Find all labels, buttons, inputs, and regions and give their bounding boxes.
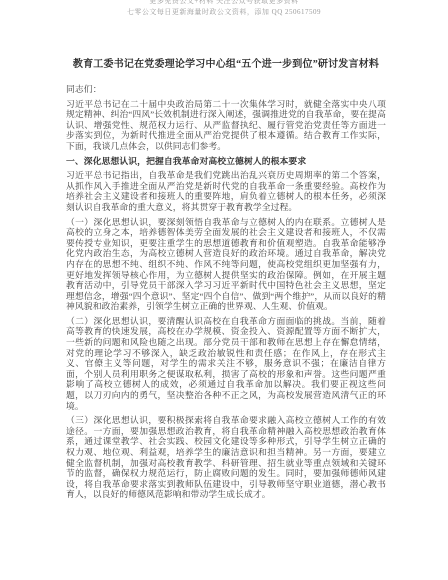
document-page: 更多免费公文+材料 关注公众号获取更多资料 七零公文每日更新海量时政公文资料，添… <box>0 0 448 580</box>
paragraph-3: （二）深化思想认识，要清醒认识高校在自我革命方面面临的挑战。当前，随着高等教育的… <box>66 316 386 411</box>
paragraph-2: （一）深化思想认识，要深刻领悟自我革命与立德树人的内在联系。立德树人是高校的立身… <box>66 217 386 312</box>
paragraph-intro: 习近平总书记在二十届中央政治局第二十一次集体学习时，就健全落实中央八项规定精神、… <box>66 99 386 152</box>
document-body: 教育工委书记在党委理论学习中心组“五个进一步到位”研讨发言材料 同志们： 习近平… <box>66 58 386 500</box>
salutation: 同志们： <box>66 84 386 95</box>
paragraph-4: （三）深化思想认识，要积极探索将自我革命要求融入高校立德树人工作的有效途径。一方… <box>66 415 386 500</box>
document-title: 教育工委书记在党委理论学习中心组“五个进一步到位”研讨发言材料 <box>66 58 386 71</box>
section-heading-1: 一、深化思想认识，把握自我革命对高校立德树人的根本要求 <box>66 156 386 167</box>
paragraph-1: 习近平总书记指出，自我革命是我们党跳出治乱兴衰历史周期率的第二个答案，从抓作风入… <box>66 170 386 212</box>
watermark-header: 更多免费公文+材料 关注公众号获取更多资料 七零公文每日更新海量时政公文资料，添… <box>0 0 448 17</box>
watermark-line-1: 更多免费公文+材料 关注公众号获取更多资料 <box>0 0 448 6</box>
watermark-line-2: 七零公文每日更新海量时政公文资料，添加 QQ 250617509 <box>0 8 448 17</box>
